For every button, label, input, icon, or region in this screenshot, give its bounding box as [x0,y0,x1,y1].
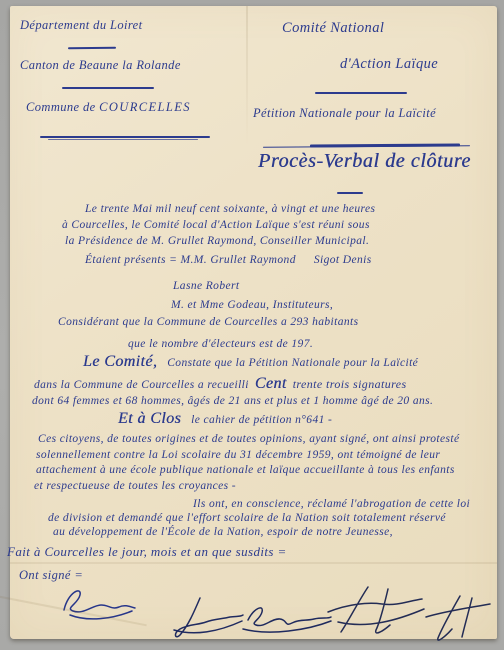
body-line-attendees: Étaient présents = M.M. Grullet RaymondS… [85,254,372,267]
signature-5 [412,588,500,644]
scanned-document: Département du Loiret Canton de Beaune l… [0,0,504,650]
header-left-canton: Canton de Beaune la Rolande [20,58,181,72]
body-line: au développement de l'École de la Nation… [53,526,393,539]
signature-1 [54,582,142,622]
body-line: Ils ont, en conscience, réclamé l'abroga… [193,498,470,511]
header-left-commune: Commune de COURCELLES [26,100,191,114]
underline [315,92,407,94]
body-line: Lasne Robert [173,280,239,293]
header-right-action-laique: d'Action Laïque [340,56,438,73]
underline [48,139,198,140]
body-line: de division et demandé que l'effort scol… [48,512,446,525]
page-title: Procès-Verbal de clôture [258,150,471,173]
trente-trois-text: trente trois signatures [293,377,407,391]
body-line: Ces citoyens, de toutes origines et de t… [38,433,460,446]
attendee-name: Sigot Denis [314,254,372,266]
body-line: attachement à une école publique nationa… [36,464,455,477]
body-line: M. et Mme Godeau, Instituteurs, [171,299,333,312]
body-line: la Présidence de M. Grullet Raymond, Con… [65,235,369,248]
signature-2 [166,592,246,640]
body-line: que le nombre d'électeurs est de 197. [128,338,313,351]
cahier-text: le cahier de pétition n°641 - [191,414,332,426]
header-right-comite: Comité National [282,20,384,37]
paper-crease-horizontal [10,562,497,564]
body-line-clos: Et à Closle cahier de pétition n°641 - [118,410,332,428]
title-dash [337,192,363,194]
body-line: Considérant que la Commune de Courcelles… [58,316,359,329]
recueilli-text: dans la Commune de Courcelles a recueill… [34,379,249,391]
constate-text: Constate que la Pétition Nationale pour … [167,357,418,369]
underline [62,87,154,89]
body-line: à Courcelles, le Comité local d'Action L… [62,219,370,232]
underline [68,47,116,49]
body-line: et respectueuse de toutes les croyances … [34,480,236,493]
body-line: dont 64 femmes et 68 hommes, âgés de 21 … [32,395,433,408]
signed-label: Ont signé = [19,568,83,582]
document-page: Département du Loiret Canton de Beaune l… [10,6,497,639]
attendees-prefix: Étaient présents = M.M. Grullet Raymond [85,254,296,266]
body-line: solennellement contre la Loi scolaire du… [36,449,440,462]
commune-label: Commune de [26,100,99,114]
header-left-departement: Département du Loiret [20,18,143,32]
header-right-petition: Pétition Nationale pour la Laïcité [253,106,436,120]
emphasis-et-a-clos: Et à Clos [118,410,181,427]
body-line-comite: Le Comité,Constate que la Pétition Natio… [83,353,418,371]
body-line-signatures-count: dans la Commune de Courcelles a recueill… [34,375,407,393]
closing-line: Fait à Courcelles le jour, mois et an qu… [7,545,287,560]
paper-crease-vertical [246,6,248,146]
underline [40,136,210,138]
emphasis-cent: Cent [255,375,287,392]
commune-name: COURCELLES [99,100,191,114]
emphasis-le-comite: Le Comité, [83,353,157,370]
body-line: Le trente Mai mil neuf cent soixante, à … [85,203,375,216]
